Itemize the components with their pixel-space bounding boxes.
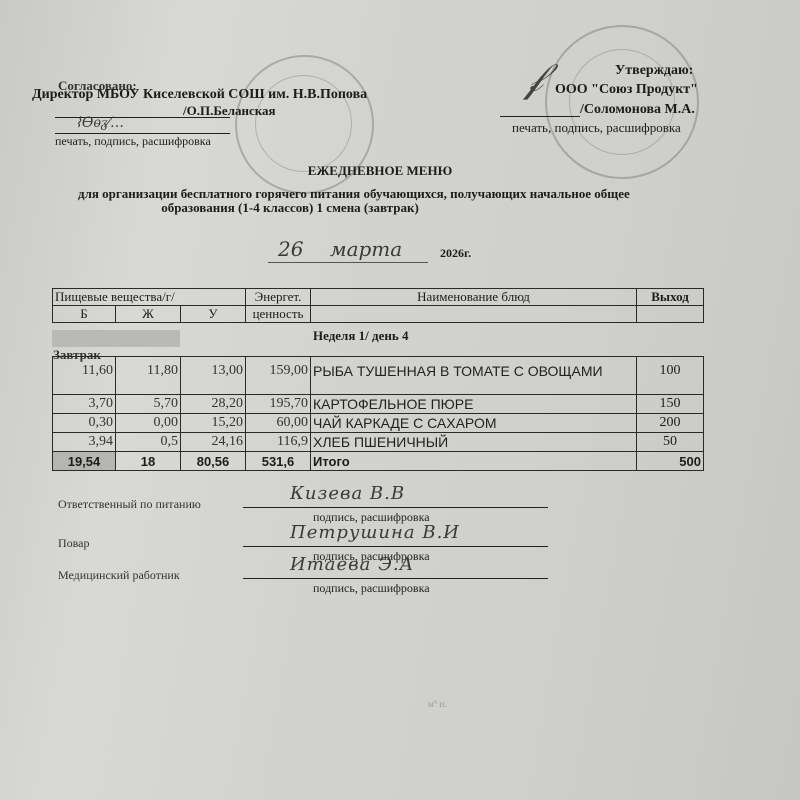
signature-role: Повар [58, 536, 90, 551]
protein-cell: 0,30 [53, 414, 116, 433]
yield-cell: 150 [637, 395, 704, 414]
fat-cell: 0,5 [116, 433, 181, 452]
energy-cell: 159,00 [246, 357, 311, 395]
date-day: 26 [278, 237, 303, 261]
yield-cell: 200 [637, 414, 704, 433]
dish-name-cell: ЧАЙ КАРКАДЕ С САХАРОМ [311, 414, 637, 433]
energy-cell: 116,9 [246, 433, 311, 452]
subtitle-line-2: образования (1-4 классов) 1 смена (завтр… [0, 200, 580, 216]
protein-cell: 11,60 [53, 357, 116, 395]
protein-cell: 3,70 [53, 395, 116, 414]
signature-role: Медицинский работник [58, 568, 180, 583]
carbs-cell: 24,16 [181, 433, 246, 452]
dish-name-cell: ХЛЕБ ПШЕНИЧНЫЙ [311, 433, 637, 452]
date-year: 2026г. [440, 246, 471, 261]
table-row: 3,940,524,16116,9ХЛЕБ ПШЕНИЧНЫЙ50 [53, 433, 704, 452]
dish-name-cell: РЫБА ТУШЕННАЯ В ТОМАТЕ С ОВОЩАМИ [311, 357, 637, 395]
date-month: марта [330, 237, 402, 261]
total-row: 19,541880,56531,6Итого500 [53, 452, 704, 471]
header-carbs: У [181, 306, 246, 323]
fat-cell: 11,80 [116, 357, 181, 395]
signature-role: Ответственный по питанию [58, 497, 201, 512]
signature-handwriting: Кизева В.В [290, 483, 405, 504]
approval-right-name: /Соломонова М.А. [580, 102, 695, 118]
total-fat: 18 [116, 452, 181, 471]
header-energy-bottom: ценность [246, 306, 311, 323]
table-row: 0,300,0015,2060,00ЧАЙ КАРКАДЕ С САХАРОМ2… [53, 414, 704, 433]
header-protein: Б [53, 306, 116, 323]
menu-table: 11,6011,8013,00159,00РЫБА ТУШЕННАЯ В ТОМ… [52, 356, 704, 471]
approval-right-org: ООО "Союз Продукт" [555, 82, 698, 98]
energy-cell: 60,00 [246, 414, 311, 433]
header-nutrients: Пищевые вещества/г/ [53, 289, 246, 306]
carbs-cell: 15,20 [181, 414, 246, 433]
nutrients-header-table: Пищевые вещества/г/ Энергет. Наименовани… [52, 288, 704, 323]
carbs-cell: 28,20 [181, 395, 246, 414]
total-label: Итого [311, 452, 637, 471]
protein-cell: 3,94 [53, 433, 116, 452]
table-row: 11,6011,8013,00159,00РЫБА ТУШЕННАЯ В ТОМ… [53, 357, 704, 395]
header-energy-top: Энергет. [246, 289, 311, 306]
page-title: ЕЖЕДНЕВНОЕ МЕНЮ [0, 163, 760, 179]
signature-handwriting: Петрушина В.И [290, 522, 460, 543]
energy-cell: 195,70 [246, 395, 311, 414]
header-fat: Ж [116, 306, 181, 323]
approval-left-name: /О.П.Беланская [183, 103, 276, 119]
approval-left-position: Директор МБОУ Киселевской СОШ им. Н.В.По… [32, 87, 367, 103]
yield-cell: 100 [637, 357, 704, 395]
approval-right-label: Утверждаю: [615, 63, 693, 79]
total-carbs: 80,56 [181, 452, 246, 471]
yield-cell: 50 [637, 433, 704, 452]
signature-handwriting: Итаева Э.А [290, 554, 414, 575]
approval-right-caption: печать, подпись, расшифровка [512, 120, 681, 136]
carbs-cell: 13,00 [181, 357, 246, 395]
approval-left-caption: печать, подпись, расшифровка [55, 134, 211, 149]
fat-cell: 5,70 [116, 395, 181, 414]
dish-name-cell: КАРТОФЕЛЬНОЕ ПЮРЕ [311, 395, 637, 414]
signature-caption: подпись, расшифровка [313, 581, 430, 596]
fat-cell: 0,00 [116, 414, 181, 433]
faint-mark: м° п. [428, 699, 447, 709]
week-day: Неделя 1/ день 4 [313, 328, 408, 344]
header-dish-name: Наименование блюд [311, 289, 637, 306]
table-row: 3,705,7028,20195,70КАРТОФЕЛЬНОЕ ПЮРЕ150 [53, 395, 704, 414]
approval-left-signature: ⌇Ѳѳᵹ⁄… [75, 115, 124, 132]
total-yield: 500 [637, 452, 704, 471]
total-protein: 19,54 [53, 452, 116, 471]
redacted-strip [52, 330, 180, 347]
total-energy: 531,6 [246, 452, 311, 471]
approval-right-signature: 𝒻 [525, 55, 543, 101]
header-yield: Выход [637, 289, 704, 306]
